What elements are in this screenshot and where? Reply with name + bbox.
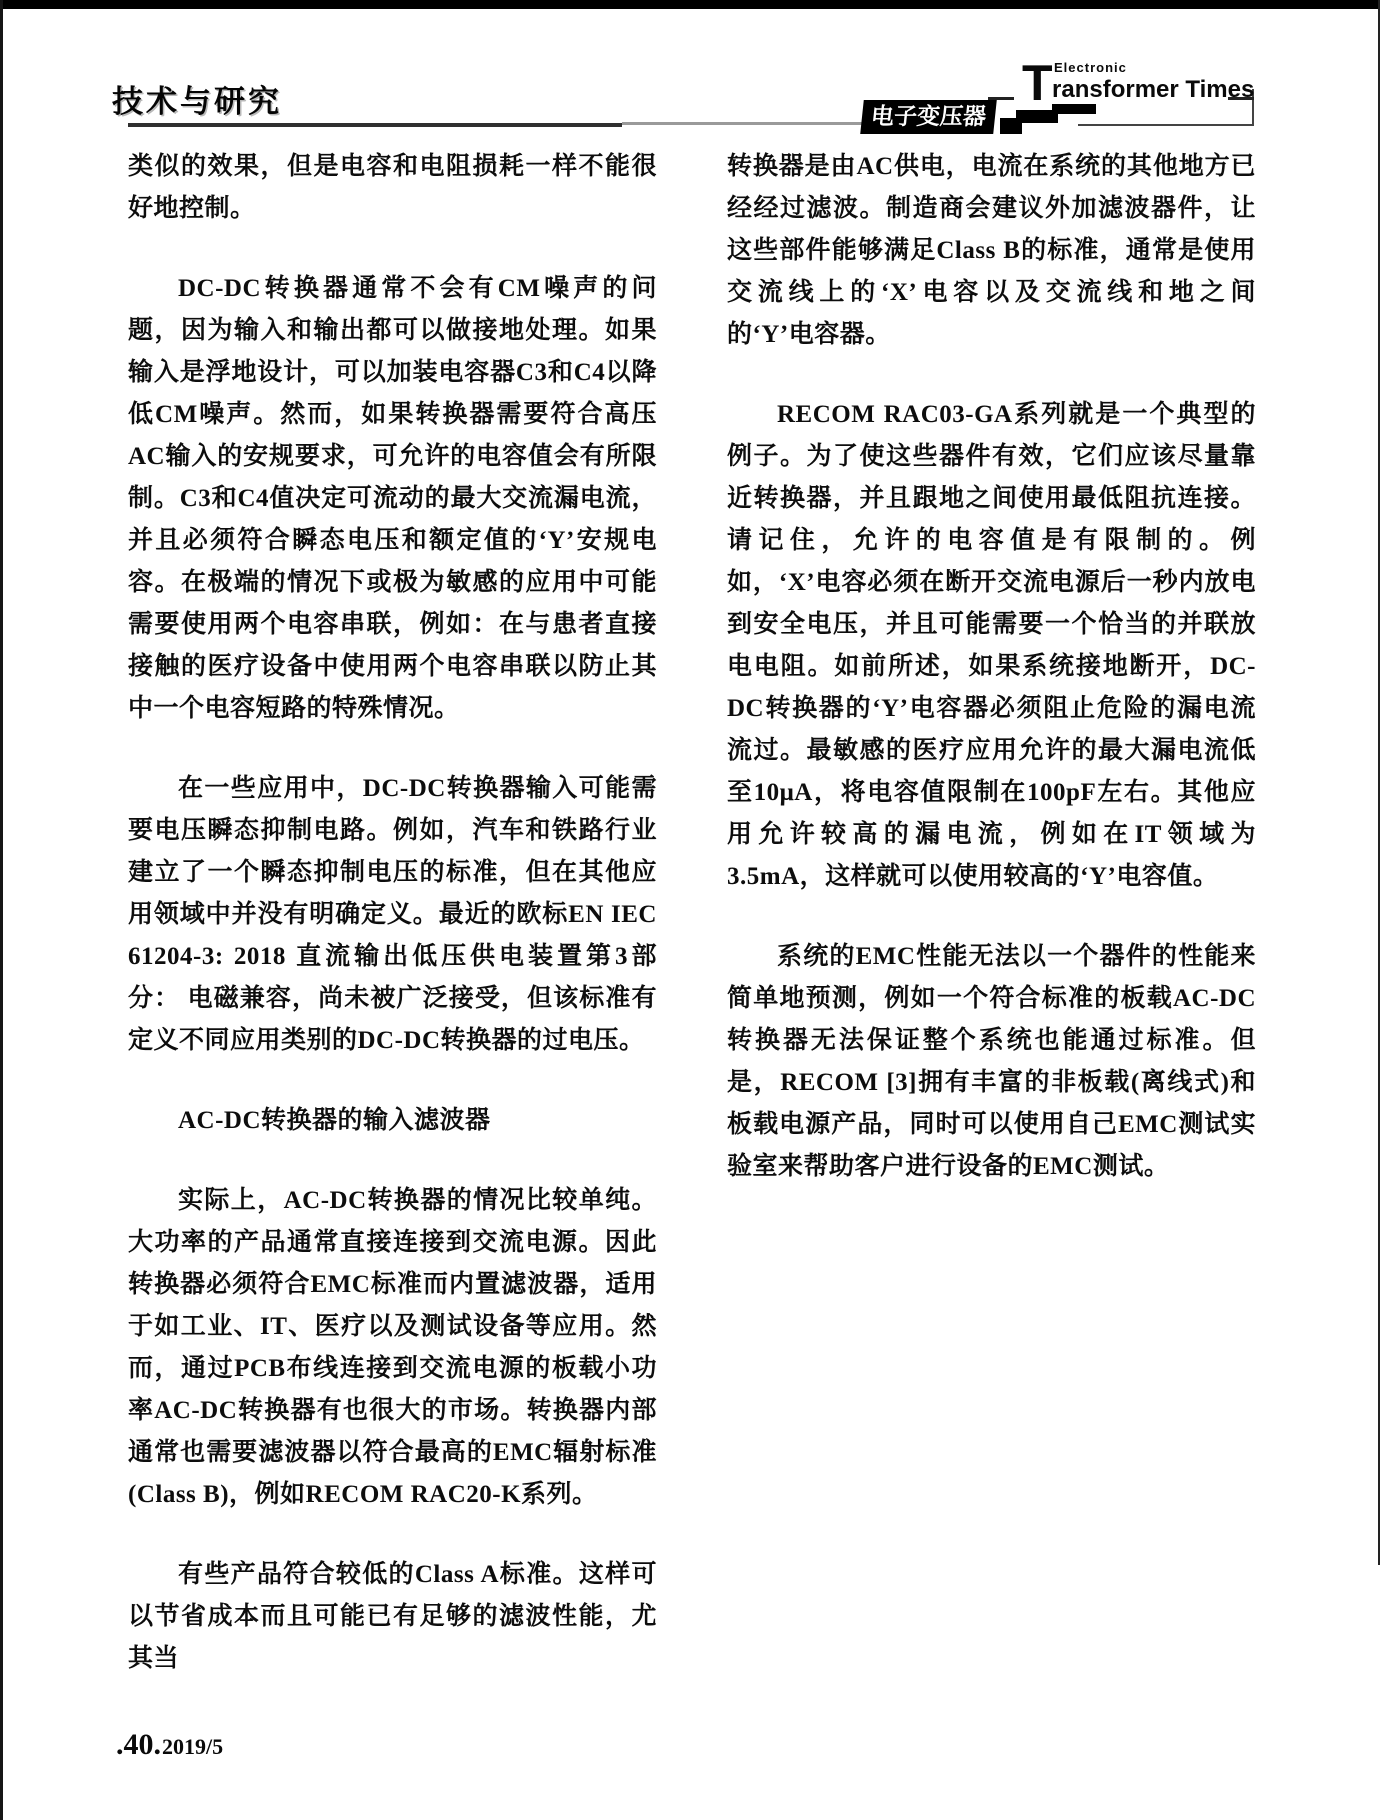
paragraph: 实际上，AC-DC转换器的情况比较单纯。大功率的产品通常直接连接到交流电源。因此… — [128, 1180, 657, 1516]
scan-top-edge — [0, 0, 1380, 9]
paragraph: 类似的效果，但是电容和电阻损耗一样不能很好地控制。 — [128, 146, 657, 230]
page-number: .40. — [116, 1728, 161, 1762]
section-title: 技术与研究 — [112, 76, 282, 121]
article-body: 类似的效果，但是电容和电阻损耗一样不能很好地控制。 DC-DC转换器通常不会有C… — [128, 146, 1256, 1680]
left-column: 类似的效果，但是电容和电阻损耗一样不能很好地控制。 DC-DC转换器通常不会有C… — [128, 146, 657, 1680]
logo-steps-icon — [1000, 102, 1096, 138]
paragraph: 系统的EMC性能无法以一个器件的性能来简单地预测，例如一个符合标准的板载AC-D… — [727, 936, 1256, 1188]
issue-label: 2019/5 — [162, 1734, 223, 1760]
paragraph: 在一些应用中，DC-DC转换器输入可能需要电压瞬态抑制电路。例如，汽车和铁路行业… — [128, 768, 657, 1062]
magazine-page: 技术与研究 T Electronic ransformer Times 电子变压… — [0, 0, 1380, 1820]
cn-magazine-logo: 电子变压器 — [860, 100, 997, 134]
subheading-ac-dc-input-filter: AC-DC转换器的输入滤波器 — [128, 1100, 657, 1142]
paragraph: 有些产品符合较低的Class A标准。这样可以节省成本而且可能已有足够的滤波性能… — [128, 1554, 657, 1680]
masthead-initial: T — [1022, 58, 1053, 108]
masthead-word-top: Electronic — [1054, 60, 1127, 75]
header-rule-right — [1078, 124, 1254, 126]
page-footer: .40. 2019/5 — [116, 1728, 223, 1762]
scan-left-edge — [0, 0, 3, 1820]
paragraph: RECOM RAC03-GA系列就是一个典型的例子。为了使这些器件有效，它们应该… — [727, 394, 1256, 898]
header-rule-light — [622, 122, 866, 125]
header-rule-dark — [128, 123, 622, 127]
paragraph: 转换器是由AC供电，电流在系统的其他地方已经经过滤波。制造商会建议外加滤波器件，… — [727, 146, 1256, 356]
paragraph: DC-DC转换器通常不会有CM噪声的问题，因为输入和输出都可以做接地处理。如果输… — [128, 268, 657, 730]
right-column: 转换器是由AC供电，电流在系统的其他地方已经经过滤波。制造商会建议外加滤波器件，… — [727, 146, 1256, 1680]
masthead-word-bottom: ransformer Times — [1052, 76, 1254, 104]
